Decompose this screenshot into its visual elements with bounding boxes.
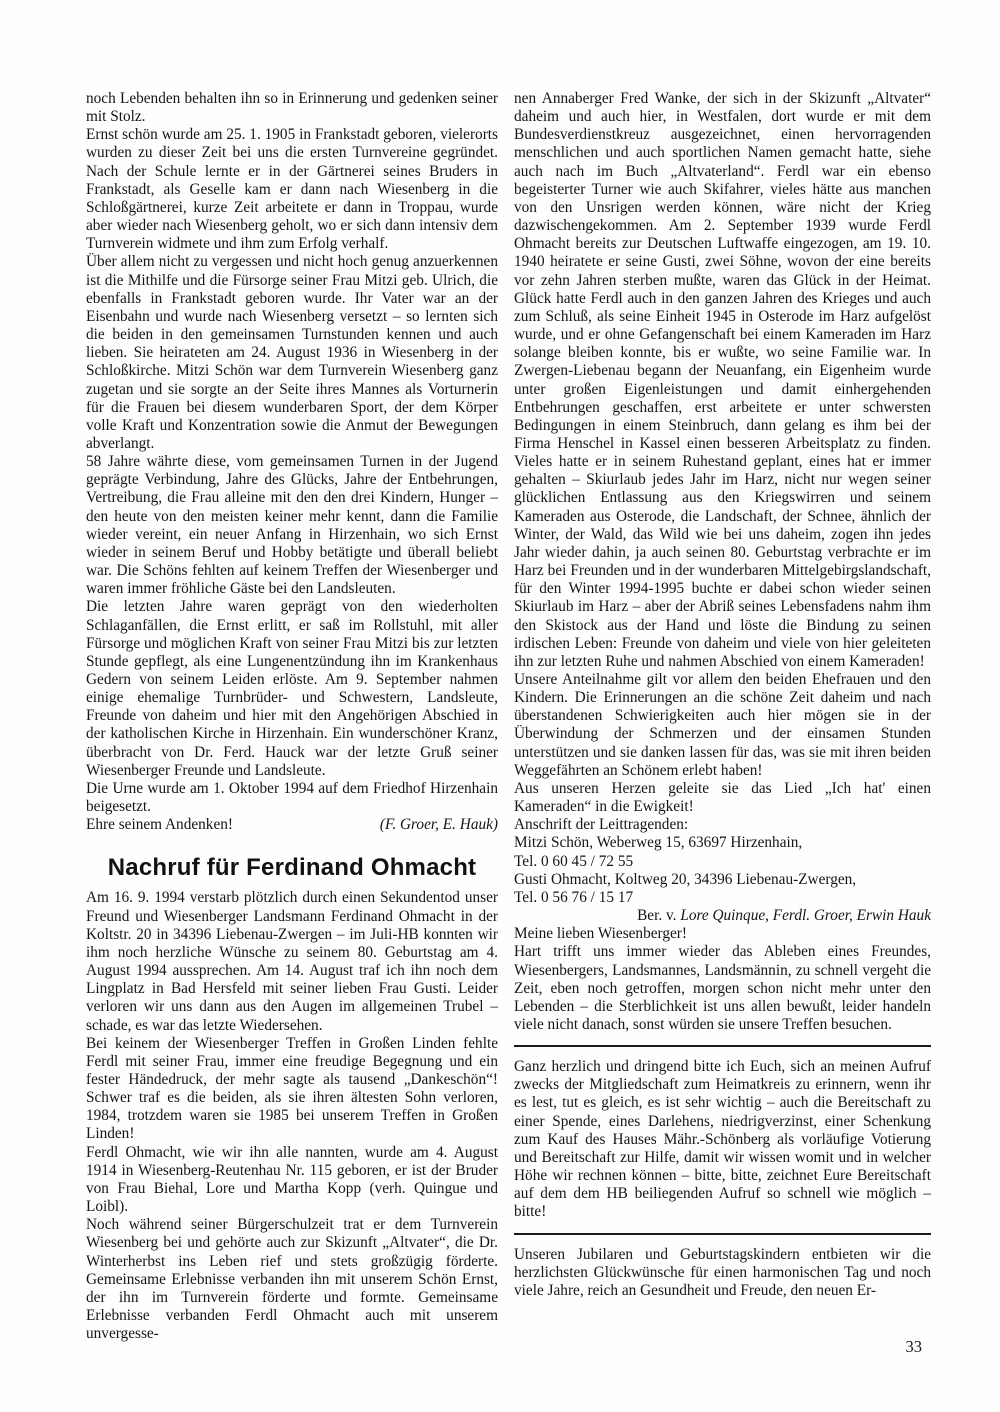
condolence-paragraph: Unsere Anteilnahme gilt vor allem den be… <box>514 671 931 780</box>
obituary-schoen-paragraph: Die letzten Jahre waren geprägt von den … <box>86 598 498 780</box>
obituary-schoen-paragraph: Über allem nicht zu vergessen und nicht … <box>86 253 498 453</box>
byline-names: Lore Quinque, Ferdl. Groer, Erwin Hauk <box>680 907 931 924</box>
section-divider <box>514 1233 931 1235</box>
salutation: Meine lieben Wiesenberger! <box>514 925 931 943</box>
obituary-ohmacht-paragraph: Bei keinem der Wiesenberger Treffen in G… <box>86 1035 498 1144</box>
contact-address: Mitzi Schön, Weberweg 15, 63697 Hirzenha… <box>514 834 931 852</box>
contact-address: Gusti Ohmacht, Koltweg 20, 34396 Liebena… <box>514 871 931 889</box>
obituary-schoen-paragraph: Ernst schön wurde am 25. 1. 1905 in Fran… <box>86 126 498 253</box>
section-divider <box>514 1045 931 1047</box>
contact-label: Anschrift der Leittragenden: <box>514 816 931 834</box>
page-number: 33 <box>906 1338 923 1356</box>
obituary-ohmacht-paragraph: Noch während seiner Bürgerschulzeit trat… <box>86 1216 498 1343</box>
obituary-ohmacht-paragraph: Ferdl Ohmacht, wie wir ihn alle nannten,… <box>86 1144 498 1217</box>
report-byline: Ber. v. Lore Quinque, Ferdl. Groer, Erwi… <box>514 907 931 925</box>
obituary-schoen-paragraph: noch Lebenden behalten ihn so in Erinner… <box>86 90 498 126</box>
document-page: noch Lebenden behalten ihn so in Erinner… <box>0 0 1000 1412</box>
membership-appeal-paragraph: Ganz herzlich und dringend bitte ich Euc… <box>514 1058 931 1221</box>
farewell-song-paragraph: Aus unseren Herzen geleite sie das Lied … <box>514 780 931 816</box>
contact-phone: Tel. 0 60 45 / 72 55 <box>514 853 931 871</box>
left-column: noch Lebenden behalten ihn so in Erinner… <box>86 90 498 1343</box>
obituary-schoen-paragraph: Die Urne wurde am 1. Oktober 1994 auf de… <box>86 780 498 816</box>
byline-prefix: Ber. v. <box>637 907 680 924</box>
memorial-authors: (F. Groer, E. Hauk) <box>380 816 498 834</box>
salutation-paragraph: Hart trifft uns immer wieder das Ableben… <box>514 943 931 1034</box>
obituary-ohmacht-paragraph: Am 16. 9. 1994 verstarb plötzlich durch … <box>86 889 498 1034</box>
congratulations-paragraph: Unseren Jubilaren und Geburtstagskindern… <box>514 1246 931 1300</box>
right-column: nen Annaberger Fred Wanke, der sich in d… <box>514 90 931 1300</box>
memorial-dedication: Ehre seinem Andenken! <box>86 816 233 834</box>
obituary-ohmacht-continuation: nen Annaberger Fred Wanke, der sich in d… <box>514 90 931 671</box>
memorial-line: Ehre seinem Andenken! (F. Groer, E. Hauk… <box>86 816 498 834</box>
contact-phone: Tel. 0 56 76 / 15 17 <box>514 889 931 907</box>
obituary-schoen-paragraph: 58 Jahre währte diese, vom gemeinsamen T… <box>86 453 498 598</box>
nachruf-heading: Nachruf für Ferdinand Ohmacht <box>86 854 498 882</box>
